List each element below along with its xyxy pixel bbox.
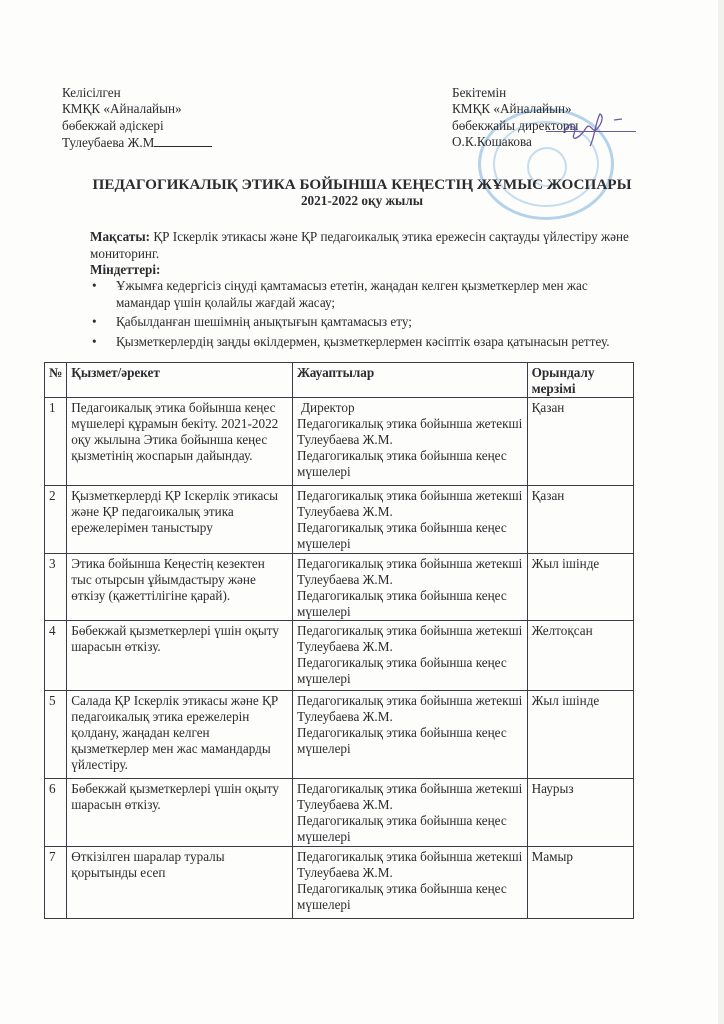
row-activity: Педагоикалық этика бойынша кеңес мүшелер… bbox=[67, 398, 293, 486]
responsible-entry: Педагогикалық этика бойынша жетекші Туле… bbox=[297, 849, 523, 881]
responsible-entry: Педагогикалық этика бойынша жетекші Туле… bbox=[297, 488, 523, 520]
agreed-position: бөбекжай әдіскері bbox=[62, 118, 212, 134]
row-number: 6 bbox=[45, 779, 67, 847]
goal-text: ҚР Іскерлік этикасы және ҚР педагоикалық… bbox=[90, 229, 629, 261]
row-activity: Бөбекжай қызметкерлері үшін оқыту шарасы… bbox=[67, 779, 293, 847]
page-edge bbox=[718, 0, 724, 1024]
row-number: 2 bbox=[45, 486, 67, 554]
row-responsible: Педагогикалық этика бойынша жетекші Туле… bbox=[293, 486, 528, 554]
table-row: 4Бөбекжай қызметкерлері үшін оқыту шарас… bbox=[45, 621, 634, 691]
tasks-list: Ұжымға кедергісіз сіңуді қамтамасыз етет… bbox=[90, 278, 630, 353]
goal-label: Мақсаты: bbox=[90, 229, 150, 244]
signature-line bbox=[154, 134, 212, 147]
agreed-organization: КМҚК «Айналайын» bbox=[62, 101, 212, 117]
row-deadline: Мамыр bbox=[527, 847, 633, 919]
row-number: 1 bbox=[45, 398, 67, 486]
row-number: 4 bbox=[45, 621, 67, 691]
row-responsible: ДиректорПедагогикалық этика бойынша жете… bbox=[293, 398, 528, 486]
agreed-signer: Тулеубаева Ж.М bbox=[62, 134, 212, 151]
row-responsible: Педагогикалық этика бойынша жетекші Туле… bbox=[293, 691, 528, 779]
responsible-entry: Педагогикалық этика бойынша кеңес мүшеле… bbox=[297, 448, 523, 480]
table-row: 7Өткізілген шаралар туралы қорытынды есе… bbox=[45, 847, 634, 919]
row-deadline: Қазан bbox=[527, 398, 633, 486]
row-deadline: Жыл ішінде bbox=[527, 691, 633, 779]
responsible-entry: Педагогикалық этика бойынша кеңес мүшеле… bbox=[297, 520, 523, 552]
academic-year: 2021-2022 оқу жылы bbox=[0, 192, 724, 209]
responsible-entry: Педагогикалық этика бойынша кеңес мүшеле… bbox=[297, 813, 523, 845]
goal-paragraph: Мақсаты: ҚР Іскерлік этикасы және ҚР пед… bbox=[90, 229, 630, 262]
page-title: ПЕДАГОГИКАЛЫҚ ЭТИКА БОЙЫНША КЕҢЕСТІҢ ЖҰМ… bbox=[0, 176, 724, 193]
responsible-entry: Педагогикалық этика бойынша жетекші Туле… bbox=[297, 416, 523, 448]
row-number: 7 bbox=[45, 847, 67, 919]
approved-label: Бекітемін bbox=[452, 85, 578, 101]
header-responsible: Жауаптылар bbox=[293, 363, 528, 398]
row-activity: Бөбекжай қызметкерлері үшін оқыту шарасы… bbox=[67, 621, 293, 691]
task-item: Қабылданған шешімнің анықтығын қамтамасы… bbox=[90, 314, 630, 331]
header-number: № bbox=[45, 363, 67, 398]
table-row: 1Педагоикалық этика бойынша кеңес мүшеле… bbox=[45, 398, 634, 486]
agreed-label: Келісілген bbox=[62, 85, 212, 101]
responsible-entry: Педагогикалық этика бойынша кеңес мүшеле… bbox=[297, 881, 523, 913]
row-number: 5 bbox=[45, 691, 67, 779]
responsible-entry: Директор bbox=[297, 400, 523, 416]
row-deadline: Жыл ішінде bbox=[527, 554, 633, 621]
row-activity: Қызметкерлерді ҚР Іскерлік этикасы және … bbox=[67, 486, 293, 554]
row-activity: Өткізілген шаралар туралы қорытынды есеп bbox=[67, 847, 293, 919]
approval-agreed-block: Келісілген КМҚК «Айналайын» бөбекжай әді… bbox=[62, 85, 212, 152]
responsible-entry: Педагогикалық этика бойынша жетекші Туле… bbox=[297, 693, 523, 725]
task-item: Ұжымға кедергісіз сіңуді қамтамасыз етет… bbox=[90, 278, 630, 311]
table-row: 3Этика бойынша Кеңестің кезектен тыс оты… bbox=[45, 554, 634, 621]
row-deadline: Қазан bbox=[527, 486, 633, 554]
row-responsible: Педагогикалық этика бойынша жетекші Туле… bbox=[293, 621, 528, 691]
table-row: 5Салада ҚР Іскерлік этикасы және ҚР педа… bbox=[45, 691, 634, 779]
responsible-entry: Педагогикалық этика бойынша жетекші Туле… bbox=[297, 623, 523, 655]
responsible-entry: Педагогикалық этика бойынша кеңес мүшеле… bbox=[297, 725, 523, 757]
row-deadline: Наурыз bbox=[527, 779, 633, 847]
row-number: 3 bbox=[45, 554, 67, 621]
row-responsible: Педагогикалық этика бойынша жетекші Туле… bbox=[293, 779, 528, 847]
work-plan-table: № Қызмет/әрекет Жауаптылар Орындалу мерз… bbox=[44, 362, 634, 919]
table-row: 2Қызметкерлерді ҚР Іскерлік этикасы және… bbox=[45, 486, 634, 554]
header-deadline: Орындалу мерзімі bbox=[527, 363, 633, 398]
task-item: Қызметкерлердің заңды өкілдермен, қызмет… bbox=[90, 334, 630, 351]
table-header-row: № Қызмет/әрекет Жауаптылар Орындалу мерз… bbox=[45, 363, 634, 398]
row-responsible: Педагогикалық этика бойынша жетекші Туле… bbox=[293, 554, 528, 621]
responsible-entry: Педагогикалық этика бойынша кеңес мүшеле… bbox=[297, 655, 523, 687]
tasks-label: Міндеттері: bbox=[90, 262, 160, 278]
responsible-entry: Педагогикалық этика бойынша жетекші Туле… bbox=[297, 556, 523, 588]
table-row: 6Бөбекжай қызметкерлері үшін оқыту шарас… bbox=[45, 779, 634, 847]
row-activity: Салада ҚР Іскерлік этикасы және ҚР педаг… bbox=[67, 691, 293, 779]
handwritten-signature-icon bbox=[556, 110, 626, 150]
table-body: 1Педагоикалық этика бойынша кеңес мүшеле… bbox=[45, 398, 634, 919]
row-activity: Этика бойынша Кеңестің кезектен тыс отыр… bbox=[67, 554, 293, 621]
row-deadline: Желтоқсан bbox=[527, 621, 633, 691]
responsible-entry: Педагогикалық этика бойынша жетекші Туле… bbox=[297, 781, 523, 813]
responsible-entry: Педагогикалық этика бойынша кеңес мүшеле… bbox=[297, 588, 523, 620]
row-responsible: Педагогикалық этика бойынша жетекші Туле… bbox=[293, 847, 528, 919]
header-activity: Қызмет/әрекет bbox=[67, 363, 293, 398]
